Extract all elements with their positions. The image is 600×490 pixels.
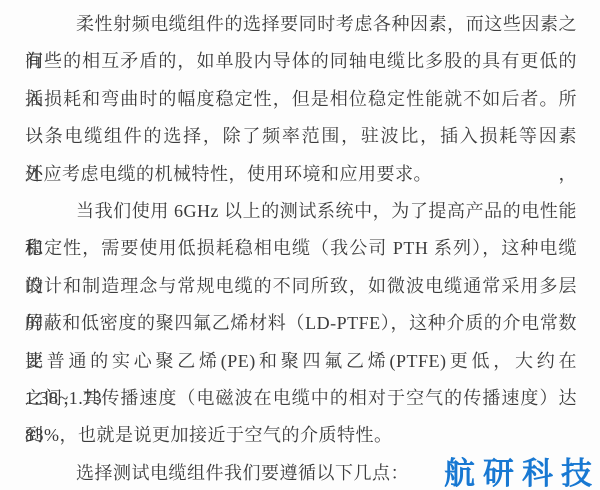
text-line: 稳定性，需要使用低损耗稳相电缆（我公司 PTH 系列），这种电缆的 bbox=[25, 230, 577, 267]
text-body: 柔性射频电缆组件的选择要同时考虑各种因素，而这些因素之间有些的相互矛盾的，如单股… bbox=[25, 6, 577, 490]
text-line: 比普通的实心聚乙烯(PE)和聚四氟乙烯(PTFE)更低，大约在 1.38~1.7… bbox=[25, 343, 577, 380]
text-line: 一条电缆组件的选择，除了频率范围，驻波比，插入损耗等因素外， bbox=[25, 118, 577, 155]
company-watermark: 航研科技 bbox=[444, 448, 600, 490]
text-line: 当我们使用 6GHz 以上的测试系统中，为了提高产品的电性能和 bbox=[25, 193, 577, 230]
text-line: 有些的相互矛盾的，如单股内导体的同轴电缆比多股的具有更低的插 bbox=[25, 43, 577, 80]
document-page: 柔性射频电缆组件的选择要同时考虑各种因素，而这些因素之间有些的相互矛盾的，如单股… bbox=[0, 0, 600, 490]
text-line: 柔性射频电缆组件的选择要同时考虑各种因素，而这些因素之间 bbox=[25, 6, 577, 43]
text-line: 设计和制造理念与常规电缆的不同所致，如微波电缆通常采用多层的 bbox=[25, 268, 577, 305]
text-line: 入损耗和弯曲时的幅度稳定性，但是相位稳定性能就不如后者。所以 bbox=[25, 81, 577, 118]
text-line: 屏蔽和低密度的聚四氟乙烯材料（LD-PTFE），这种介质的介电常数要 bbox=[25, 305, 577, 342]
text-line: 之间，其传播速度（电磁波在电缆中的相对于空气的传播速度）达到 bbox=[25, 380, 577, 417]
